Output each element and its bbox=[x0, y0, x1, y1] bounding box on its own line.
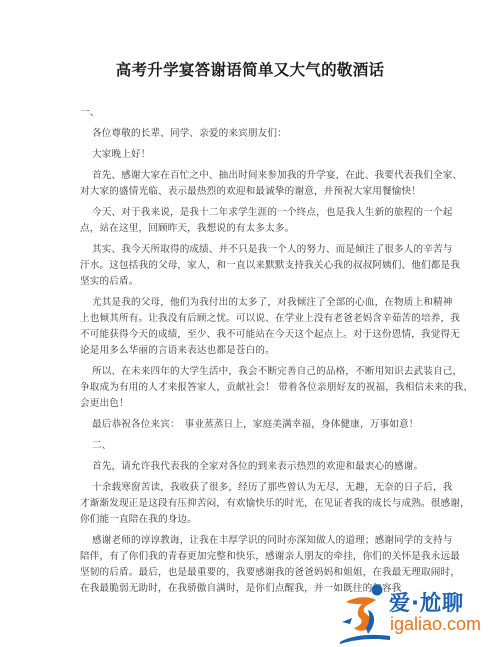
document-line: 陪伴，有了你们我的青春更加完整和快乐，感谢亲人朋友的牵挂，你们的关怀是我永远最 bbox=[80, 551, 460, 563]
document-line: 二、 bbox=[92, 440, 112, 452]
document-line: 首先，请允许我代表我的全家对各位的到来表示热烈的欢迎和最衷心的感谢。 bbox=[92, 461, 423, 473]
document-line: 坚实的后盾。 bbox=[80, 276, 138, 288]
document-page: 高考升学宴答谢语简单又大气的敬酒话 一、各位尊敬的长辈、同学、亲爱的来宾朋友们：… bbox=[0, 0, 500, 647]
document-line: 不可能获得今天的成绩，至少、我不可能站在今天这个起点上。对于这份恩情，我觉得无 bbox=[80, 329, 460, 341]
document-line: 才渐渐发现正是这段有压抑苦闷，有欢愉快乐的时光，在见证者我的成长与成熟。很感谢， bbox=[80, 498, 470, 510]
watermark-brand-en: igaliao.com bbox=[390, 614, 481, 635]
document-line: 论是用多么华丽的言语来表达也都是苍白的。 bbox=[80, 345, 275, 357]
document-line: 感谢老师的谆谆教诲，让我在丰厚学识的同时亦深知做人的道理；感谢同学的支持与 bbox=[92, 535, 453, 547]
document-line: 今天、对于我来说，是我十二年求学生涯的一个终点，也是我人生新的旅程的一个起 bbox=[92, 207, 453, 219]
document-line: 尤其是我的父母，他们为我付出的太多了，对我倾注了全部的心血，在物质上和精神 bbox=[92, 297, 453, 309]
watermark-brand-cn: 爱·尬聊 bbox=[389, 587, 464, 617]
document-line: 最后恭祝各位来宾： 事业蒸蒸日上，家庭美满幸福，身体健康，万事如意！ bbox=[92, 419, 419, 431]
document-line: 一、 bbox=[80, 107, 100, 119]
document-line: 点，站在这里，回顾昨天，我想说的有太多太多。 bbox=[80, 223, 294, 235]
document-line: 上也倾其所有。让我没有后顾之忧。可以说、在学业上没有老爸老妈含辛茹苦的培养，我 bbox=[80, 313, 460, 325]
document-line: 你们能一直陪在我的身边。 bbox=[80, 514, 197, 526]
document-line: 其实、我今天所取得的成绩、并不只是我一个人的努力、而是倾注了很多人的辛苦与 bbox=[92, 244, 453, 256]
document-line: 所以、在未来四年的大学生活中，我会不断完善自己的品格，不断用知识去武装自己， bbox=[92, 366, 462, 378]
watermark-logo: 爱·尬聊 igaliao.com bbox=[340, 580, 500, 647]
document-line: 首先、感谢大家在百忙之中、抽出时间来参加我的升学宴，在此、我要代表我们全家、 bbox=[92, 170, 462, 182]
document-line: 会更出色！ bbox=[80, 398, 129, 410]
runner-logo-icon bbox=[340, 582, 390, 644]
document-line: 争取成为有用的人才来报答家人，贡献社会！ 带着各位亲朋好友的祝福，我相信未来的我… bbox=[80, 382, 473, 394]
document-line: 各位尊敬的长辈、同学、亲爱的来宾朋友们： bbox=[92, 128, 287, 140]
document-line: 汗水。这包括我的父母，家人，和一直以来默默支持我关心我的叔叔阿姨们、他们都是我 bbox=[80, 260, 460, 272]
document-title: 高考升学宴答谢语简单又大气的敬酒话 bbox=[0, 58, 500, 80]
document-line: 对大家的盛情光临、表示最热烈的欢迎和最诚挚的谢意，并预祝大家用餐愉快！ bbox=[80, 186, 421, 198]
document-line: 大家晚上好！ bbox=[92, 149, 150, 161]
document-line: 十余载寒窗苦读，我收获了很多，经历了那些曾认为无尽，无趣，无奈的日子后，我 bbox=[92, 482, 453, 494]
document-line: 坚韧的后盾。最后，也是最重要的，我要感谢我的爸爸妈妈和姐姐，在我最无理取闹时， bbox=[80, 567, 460, 579]
